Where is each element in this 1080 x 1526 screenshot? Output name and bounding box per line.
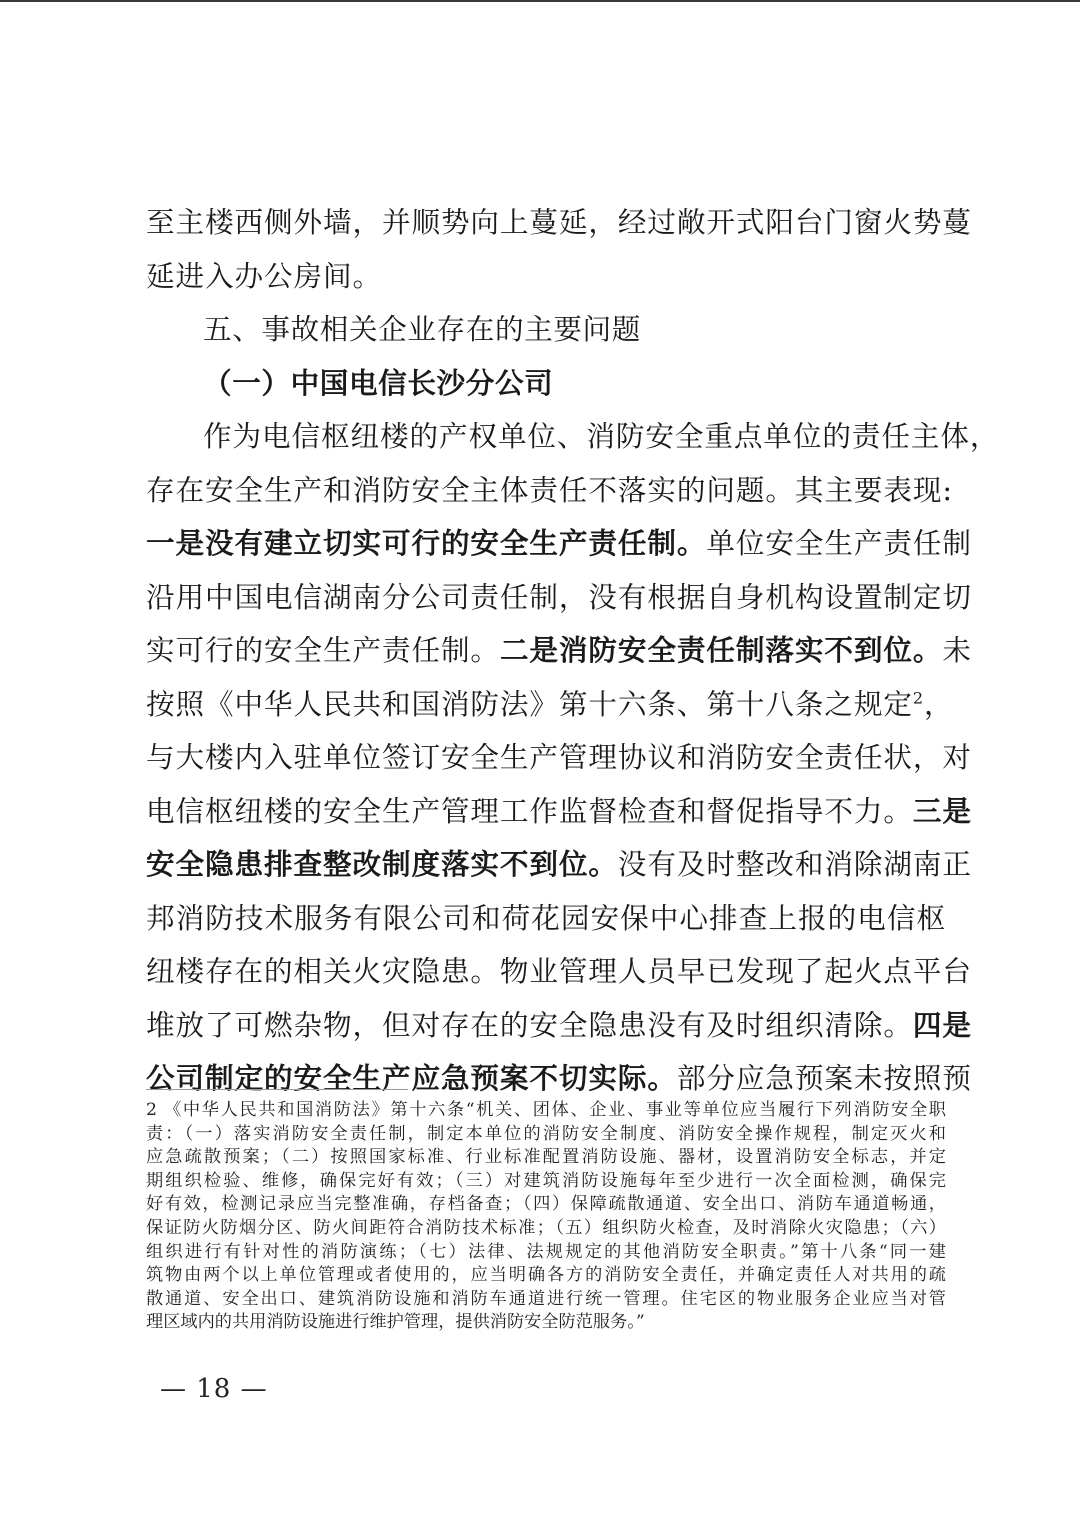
body-text: ， [924, 687, 954, 721]
footnote-reference[interactable]: 2 [913, 688, 924, 707]
body-text: 存在安全生产和消防安全主体责任不落实的问题。其主要表现: [146, 473, 953, 507]
body-line: 公司制定的安全生产应急预案不切实际。部分应急预案未按照预 [146, 1052, 946, 1106]
footnote-line: 筑物由两个以上单位管理或者使用的，应当明确各方的消防安全责任，并确定责任人对共用… [146, 1264, 946, 1288]
body-text: 作为电信枢纽楼的产权单位、消防安全重点单位的责任主体， [203, 419, 999, 453]
body-line: 电信枢纽楼的安全生产管理工作监督检查和督促指导不力。三是 [146, 785, 946, 839]
scan-top-edge [0, 0, 1080, 2]
body-line: 堆放了可燃杂物，但对存在的安全隐患没有及时组织清除。四是 [146, 999, 946, 1053]
body-text: 与大楼内入驻单位签订安全生产管理协议和消防安全责任状，对 [146, 740, 972, 774]
footnote-line: 2 《中华人民共和国消防法》第十六条“机关、团体、企业、事业等单位应当履行下列消… [146, 1099, 946, 1123]
body-line: 存在安全生产和消防安全主体责任不落实的问题。其主要表现: [146, 464, 946, 518]
emphasis-point-four: 四是 [913, 1008, 972, 1042]
footnote-line: 组织进行有针对性的消防演练；（七）法律、法规规定的其他消防安全职责。”第十八条“… [146, 1241, 946, 1265]
body-text: 堆放了可燃杂物，但对存在的安全隐患没有及时组织清除。 [146, 1008, 913, 1042]
emphasis-point-three: 三是 [913, 794, 972, 828]
body-text: 纽楼存在的相关火灾隐患。物业管理人员早已发现了起火点平台 [146, 954, 972, 988]
body-text: 邦消防技术服务有限公司和荷花园安保中心排查上报的电信枢 [146, 901, 946, 935]
body-line: 与大楼内入驻单位签订安全生产管理协议和消防安全责任状，对 [146, 731, 946, 785]
body-text: 延进入办公房间。 [146, 259, 382, 293]
body-text: 单位安全生产责任制 [706, 526, 971, 560]
body-line: 延进入办公房间。 [146, 250, 946, 304]
body-text: 实可行的安全生产责任制。 [146, 633, 500, 667]
footnote-line: 保证防火防烟分区、防火间距符合消防技术标准；（五）组织防火检查，及时消除火灾隐患… [146, 1217, 946, 1241]
body-line: 至主楼西侧外墙，并顺势向上蔓延，经过敞开式阳台门窗火势蔓 [146, 196, 946, 250]
body-text: 未 [942, 633, 972, 667]
footnote-line: 责：（一）落实消防安全责任制，制定本单位的消防安全制度、消防安全操作规程，制定灭… [146, 1123, 946, 1147]
body-text: 没有及时整改和消除湖南正 [618, 847, 972, 881]
page-number: — 18 — [160, 1374, 268, 1404]
body-text: 沿用中国电信湖南分公司责任制，没有根据自身机构设置制定切 [146, 580, 972, 614]
body-text: 电信枢纽楼的安全生产管理工作监督检查和督促指导不力。 [146, 794, 913, 828]
subsection-heading: （一）中国电信长沙分公司 [146, 357, 946, 411]
body-line: 作为电信枢纽楼的产权单位、消防安全重点单位的责任主体， [146, 410, 946, 464]
footnote-separator [146, 1089, 408, 1090]
body-line: 一是没有建立切实可行的安全生产责任制。单位安全生产责任制 [146, 517, 946, 571]
body-line: 沿用中国电信湖南分公司责任制，没有根据自身机构设置制定切 [146, 571, 946, 625]
footnote-line: 期组织检验、维修，确保完好有效；（三）对建筑消防设施每年至少进行一次全面检测，确… [146, 1170, 946, 1194]
body-line: 实可行的安全生产责任制。二是消防安全责任制落实不到位。未 [146, 624, 946, 678]
footnote-line: 理区域内的共用消防设施进行维护管理，提供消防安全防范服务。” [146, 1311, 946, 1335]
body-line: 邦消防技术服务有限公司和荷花园安保中心排查上报的电信枢 [146, 892, 946, 946]
document-body: 至主楼西侧外墙，并顺势向上蔓延，经过敞开式阳台门窗火势蔓 延进入办公房间。 五、… [146, 196, 946, 1106]
body-text: 部分应急预案未按照预 [677, 1061, 972, 1095]
body-line: 安全隐患排查整改制度落实不到位。没有及时整改和消除湖南正 [146, 838, 946, 892]
section-heading: 五、事故相关企业存在的主要问题 [146, 303, 946, 357]
emphasis-point-one: 一是没有建立切实可行的安全生产责任制。 [146, 526, 706, 560]
body-line: 按照《中华人民共和国消防法》第十六条、第十八条之规定2， [146, 678, 946, 732]
footnote-line: 应急疏散预案；（二）按照国家标准、行业标准配置消防设施、器材，设置消防安全标志，… [146, 1146, 946, 1170]
footnote: 2 《中华人民共和国消防法》第十六条“机关、团体、企业、事业等单位应当履行下列消… [146, 1099, 946, 1335]
emphasis-point-two: 二是消防安全责任制落实不到位。 [500, 633, 942, 667]
footnote-line: 散通道、安全出口、建筑消防设施和消防车通道进行统一管理。住宅区的物业服务企业应当… [146, 1288, 946, 1312]
footnote-line: 好有效，检测记录应当完整准确，存档备查；（四）保障疏散通道、安全出口、消防车通道… [146, 1193, 946, 1217]
body-text: 至主楼西侧外墙，并顺势向上蔓延，经过敞开式阳台门窗火势蔓 [146, 205, 972, 239]
emphasis-point-three: 安全隐患排查整改制度落实不到位。 [146, 847, 618, 881]
body-text: 按照《中华人民共和国消防法》第十六条、第十八条之规定 [146, 687, 913, 721]
body-line: 纽楼存在的相关火灾隐患。物业管理人员早已发现了起火点平台 [146, 945, 946, 999]
